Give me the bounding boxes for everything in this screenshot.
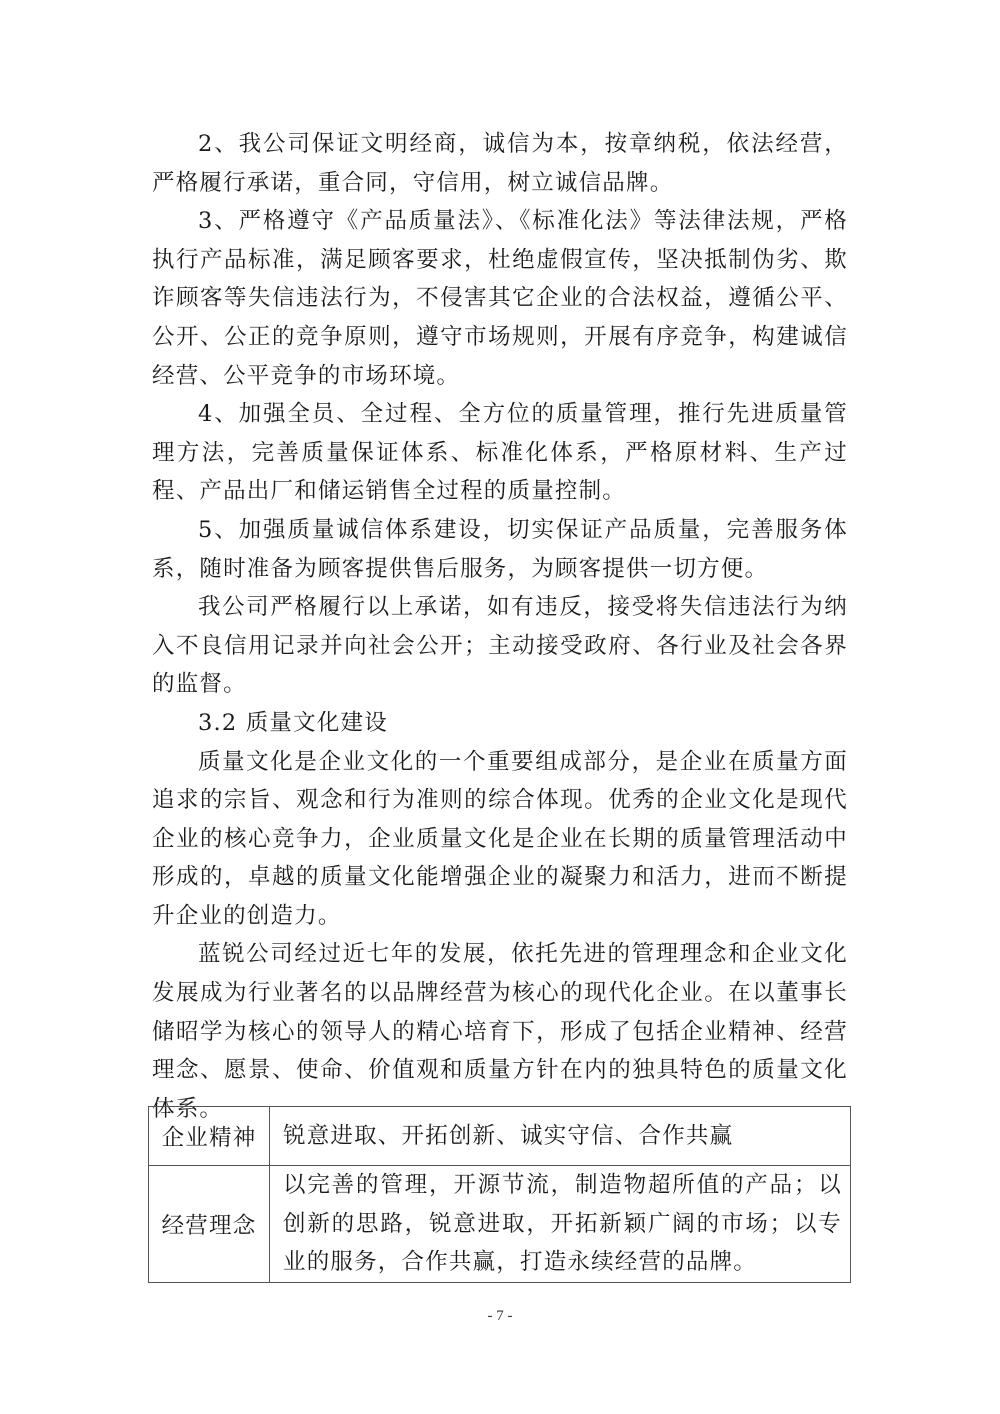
table-row: 企业精神 锐意进取、开拓创新、诚实守信、合作共赢 [149,1107,851,1166]
paragraph-commitment-3: 3、严格遵守《产品质量法》、《标准化法》等法律法规，严格执行产品标准，满足顾客要… [152,202,848,395]
paragraph-commitment-summary: 我公司严格履行以上承诺，如有违反，接受将失信违法行为纳入不良信用记录并向社会公开… [152,588,848,704]
paragraph-company-development: 蓝锐公司经过近七年的发展，依托先进的管理理念和企业文化发展成为行业著名的以品牌经… [152,935,848,1128]
paragraph-commitment-4: 4、加强全员、全过程、全方位的质量管理，推行先进质量管理方法，完善质量保证体系、… [152,395,848,511]
table-label-business-philosophy: 经营理念 [149,1166,270,1283]
table-row: 经营理念 以完善的管理，开源节流，制造物超所值的产品；以创新的思路，锐意进取，开… [149,1166,851,1283]
culture-table: 企业精神 锐意进取、开拓创新、诚实守信、合作共赢 经营理念 以完善的管理，开源节… [148,1106,851,1283]
document-page: 2、我公司保证文明经商，诚信为本，按章纳税，依法经营，严格履行承诺，重合同，守信… [0,0,1000,1414]
paragraph-quality-culture: 质量文化是企业文化的一个重要组成部分，是企业在质量方面追求的宗旨、观念和行为准则… [152,743,848,936]
table-value-business-philosophy: 以完善的管理，开源节流，制造物超所值的产品；以创新的思路，锐意进取，开拓新颖广阔… [270,1166,851,1283]
table-value-enterprise-spirit: 锐意进取、开拓创新、诚实守信、合作共赢 [270,1107,851,1166]
section-heading: 3.2 质量文化建设 [152,704,848,743]
paragraph-commitment-2: 2、我公司保证文明经商，诚信为本，按章纳税，依法经营，严格履行承诺，重合同，守信… [152,125,848,202]
paragraph-commitment-5: 5、加强质量诚信体系建设，切实保证产品质量，完善服务体系，随时准备为顾客提供售后… [152,511,848,588]
page-number: - 7 - [0,1308,1000,1325]
body-text: 2、我公司保证文明经商，诚信为本，按章纳税，依法经营，严格履行承诺，重合同，守信… [152,125,848,1128]
table-label-enterprise-spirit: 企业精神 [149,1107,270,1166]
